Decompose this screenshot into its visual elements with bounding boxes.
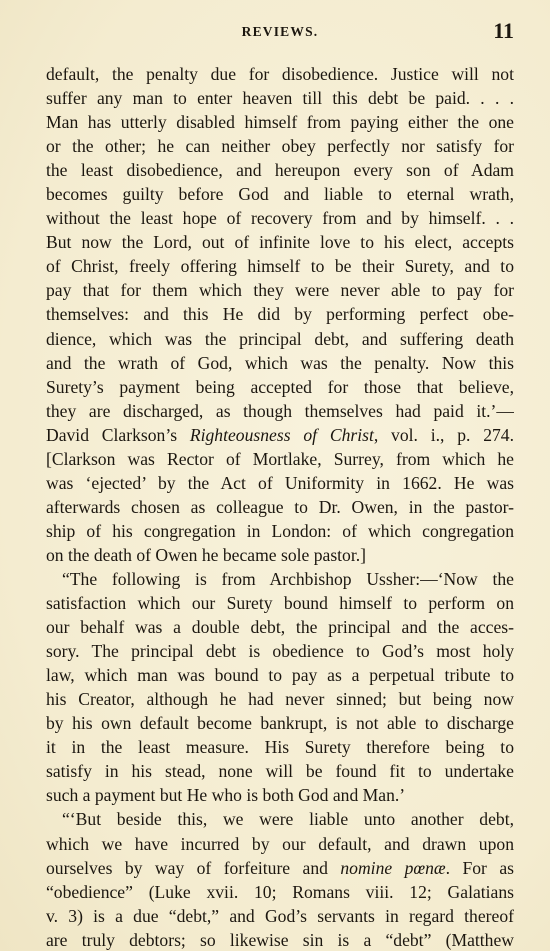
text-line: “‘But beside this, we were liable unto a… — [46, 807, 514, 831]
text-line: which we have incurred by our default, a… — [46, 832, 514, 856]
text-run: , vol. i., p. 274. — [374, 425, 514, 445]
text-line: without the least hope of recovery from … — [46, 206, 514, 230]
text-line: the least disobedience, and hereupon eve… — [46, 158, 514, 182]
text-line: sory. The principal debt is obedience to… — [46, 639, 514, 663]
text-line: Surety’s payment being accepted for thos… — [46, 375, 514, 399]
text-run: . For as — [446, 858, 514, 878]
text-line: by his own default become bankrupt, is n… — [46, 711, 514, 735]
italic-title: nomine pœnæ — [340, 858, 445, 878]
text-run: David Clarkson’s — [46, 425, 190, 445]
text-line: “The following is from Archbishop Ussher… — [46, 567, 514, 591]
text-line: are truly debtors; so likewise sin is a … — [46, 928, 514, 951]
body-text: default, the penalty due for disobedienc… — [46, 62, 514, 951]
text-line: David Clarkson’s Righteousness of Christ… — [46, 423, 514, 447]
text-line: default, the penalty due for disobedienc… — [46, 62, 514, 86]
text-line: pay that for them which they were never … — [46, 278, 514, 302]
running-title: REVIEWS. — [46, 24, 514, 40]
text-line: dience, which was the principal debt, an… — [46, 327, 514, 351]
text-line: suffer any man to enter heaven till this… — [46, 86, 514, 110]
text-line: ourselves by way of forfeiture and nomin… — [46, 856, 514, 880]
text-line: such a payment but He who is both God an… — [46, 783, 514, 807]
text-line: our behalf was a double debt, the princi… — [46, 615, 514, 639]
text-line: v. 3) is a due “debt,” and God’s servant… — [46, 904, 514, 928]
text-line: ship of his congregation in London: of w… — [46, 519, 514, 543]
text-line: it in the least measure. His Surety ther… — [46, 735, 514, 759]
text-line: on the death of Owen he became sole past… — [46, 543, 514, 567]
text-line: his Creator, although he had never sinne… — [46, 687, 514, 711]
text-line: they are discharged, as though themselve… — [46, 399, 514, 423]
text-line: was ‘ejected’ by the Act of Uniformity i… — [46, 471, 514, 495]
text-line: afterwards chosen as colleague to Dr. Ow… — [46, 495, 514, 519]
text-line: or the other; he can neither obey perfec… — [46, 134, 514, 158]
page-number: 11 — [493, 18, 514, 44]
text-run: ourselves by way of forfeiture and — [46, 858, 340, 878]
text-line: [Clarkson was Rector of Mortlake, Surrey… — [46, 447, 514, 471]
text-line: satisfaction which our Surety bound hims… — [46, 591, 514, 615]
text-line: and the wrath of God, which was the pena… — [46, 351, 514, 375]
text-line: “obedience” (Luke xvii. 10; Romans viii.… — [46, 880, 514, 904]
text-line: themselves: and this He did by performin… — [46, 302, 514, 326]
book-page: REVIEWS. 11 default, the penalty due for… — [0, 0, 550, 951]
text-line: law, which man was bound to pay as a per… — [46, 663, 514, 687]
text-line: But now the Lord, out of infinite love t… — [46, 230, 514, 254]
text-line: satisfy in his stead, none will be found… — [46, 759, 514, 783]
text-line: of Christ, freely offering himself to be… — [46, 254, 514, 278]
text-line: Man has utterly disabled himself from pa… — [46, 110, 514, 134]
italic-title: Righteousness of Christ — [190, 425, 374, 445]
text-line: becomes guilty before God and liable to … — [46, 182, 514, 206]
running-head: REVIEWS. 11 — [46, 18, 514, 44]
